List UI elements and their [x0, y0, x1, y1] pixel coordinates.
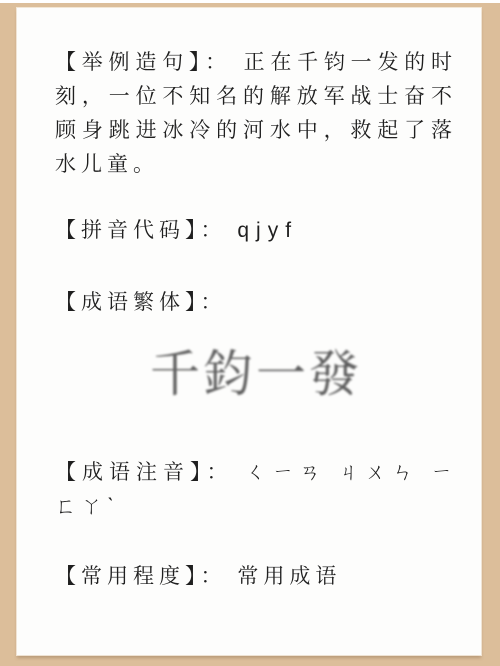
example-sentence-row: 【举例造句】： 正在千钧一发的时刻，一位不知名的解放军战士奋不顾身跳进冰冷的河水…: [55, 46, 457, 182]
frequency-value: 常用成语: [237, 565, 341, 588]
pinyin-code-row: 【拼音代码】： qjyf: [55, 214, 457, 248]
pinyin-code-value: qjyf: [237, 219, 298, 242]
traditional-form-row: 【成语繁体】：: [55, 286, 457, 320]
zhuyin-label: 【成语注音】：: [55, 461, 234, 484]
traditional-characters-image: 千鈞一發: [55, 344, 457, 404]
pinyin-code-label: 【拼音代码】：: [55, 219, 227, 242]
zhuyin-row: 【成语注音】： ㄑㄧㄢ ㄐㄨㄣ ㄧ ㄈㄚˋ: [55, 456, 457, 524]
frequency-label: 【常用程度】：: [55, 565, 227, 588]
idiom-entry-card: 【举例造句】： 正在千钧一发的时刻，一位不知名的解放军战士奋不顾身跳进冰冷的河水…: [17, 8, 481, 655]
tan-frame: 【举例造句】： 正在千钧一发的时刻，一位不知名的解放军战士奋不顾身跳进冰冷的河水…: [0, 3, 500, 666]
traditional-form-label: 【成语繁体】：: [55, 291, 227, 314]
example-sentence-label: 【举例造句】：: [55, 51, 232, 74]
frequency-row: 【常用程度】： 常用成语: [55, 560, 457, 594]
